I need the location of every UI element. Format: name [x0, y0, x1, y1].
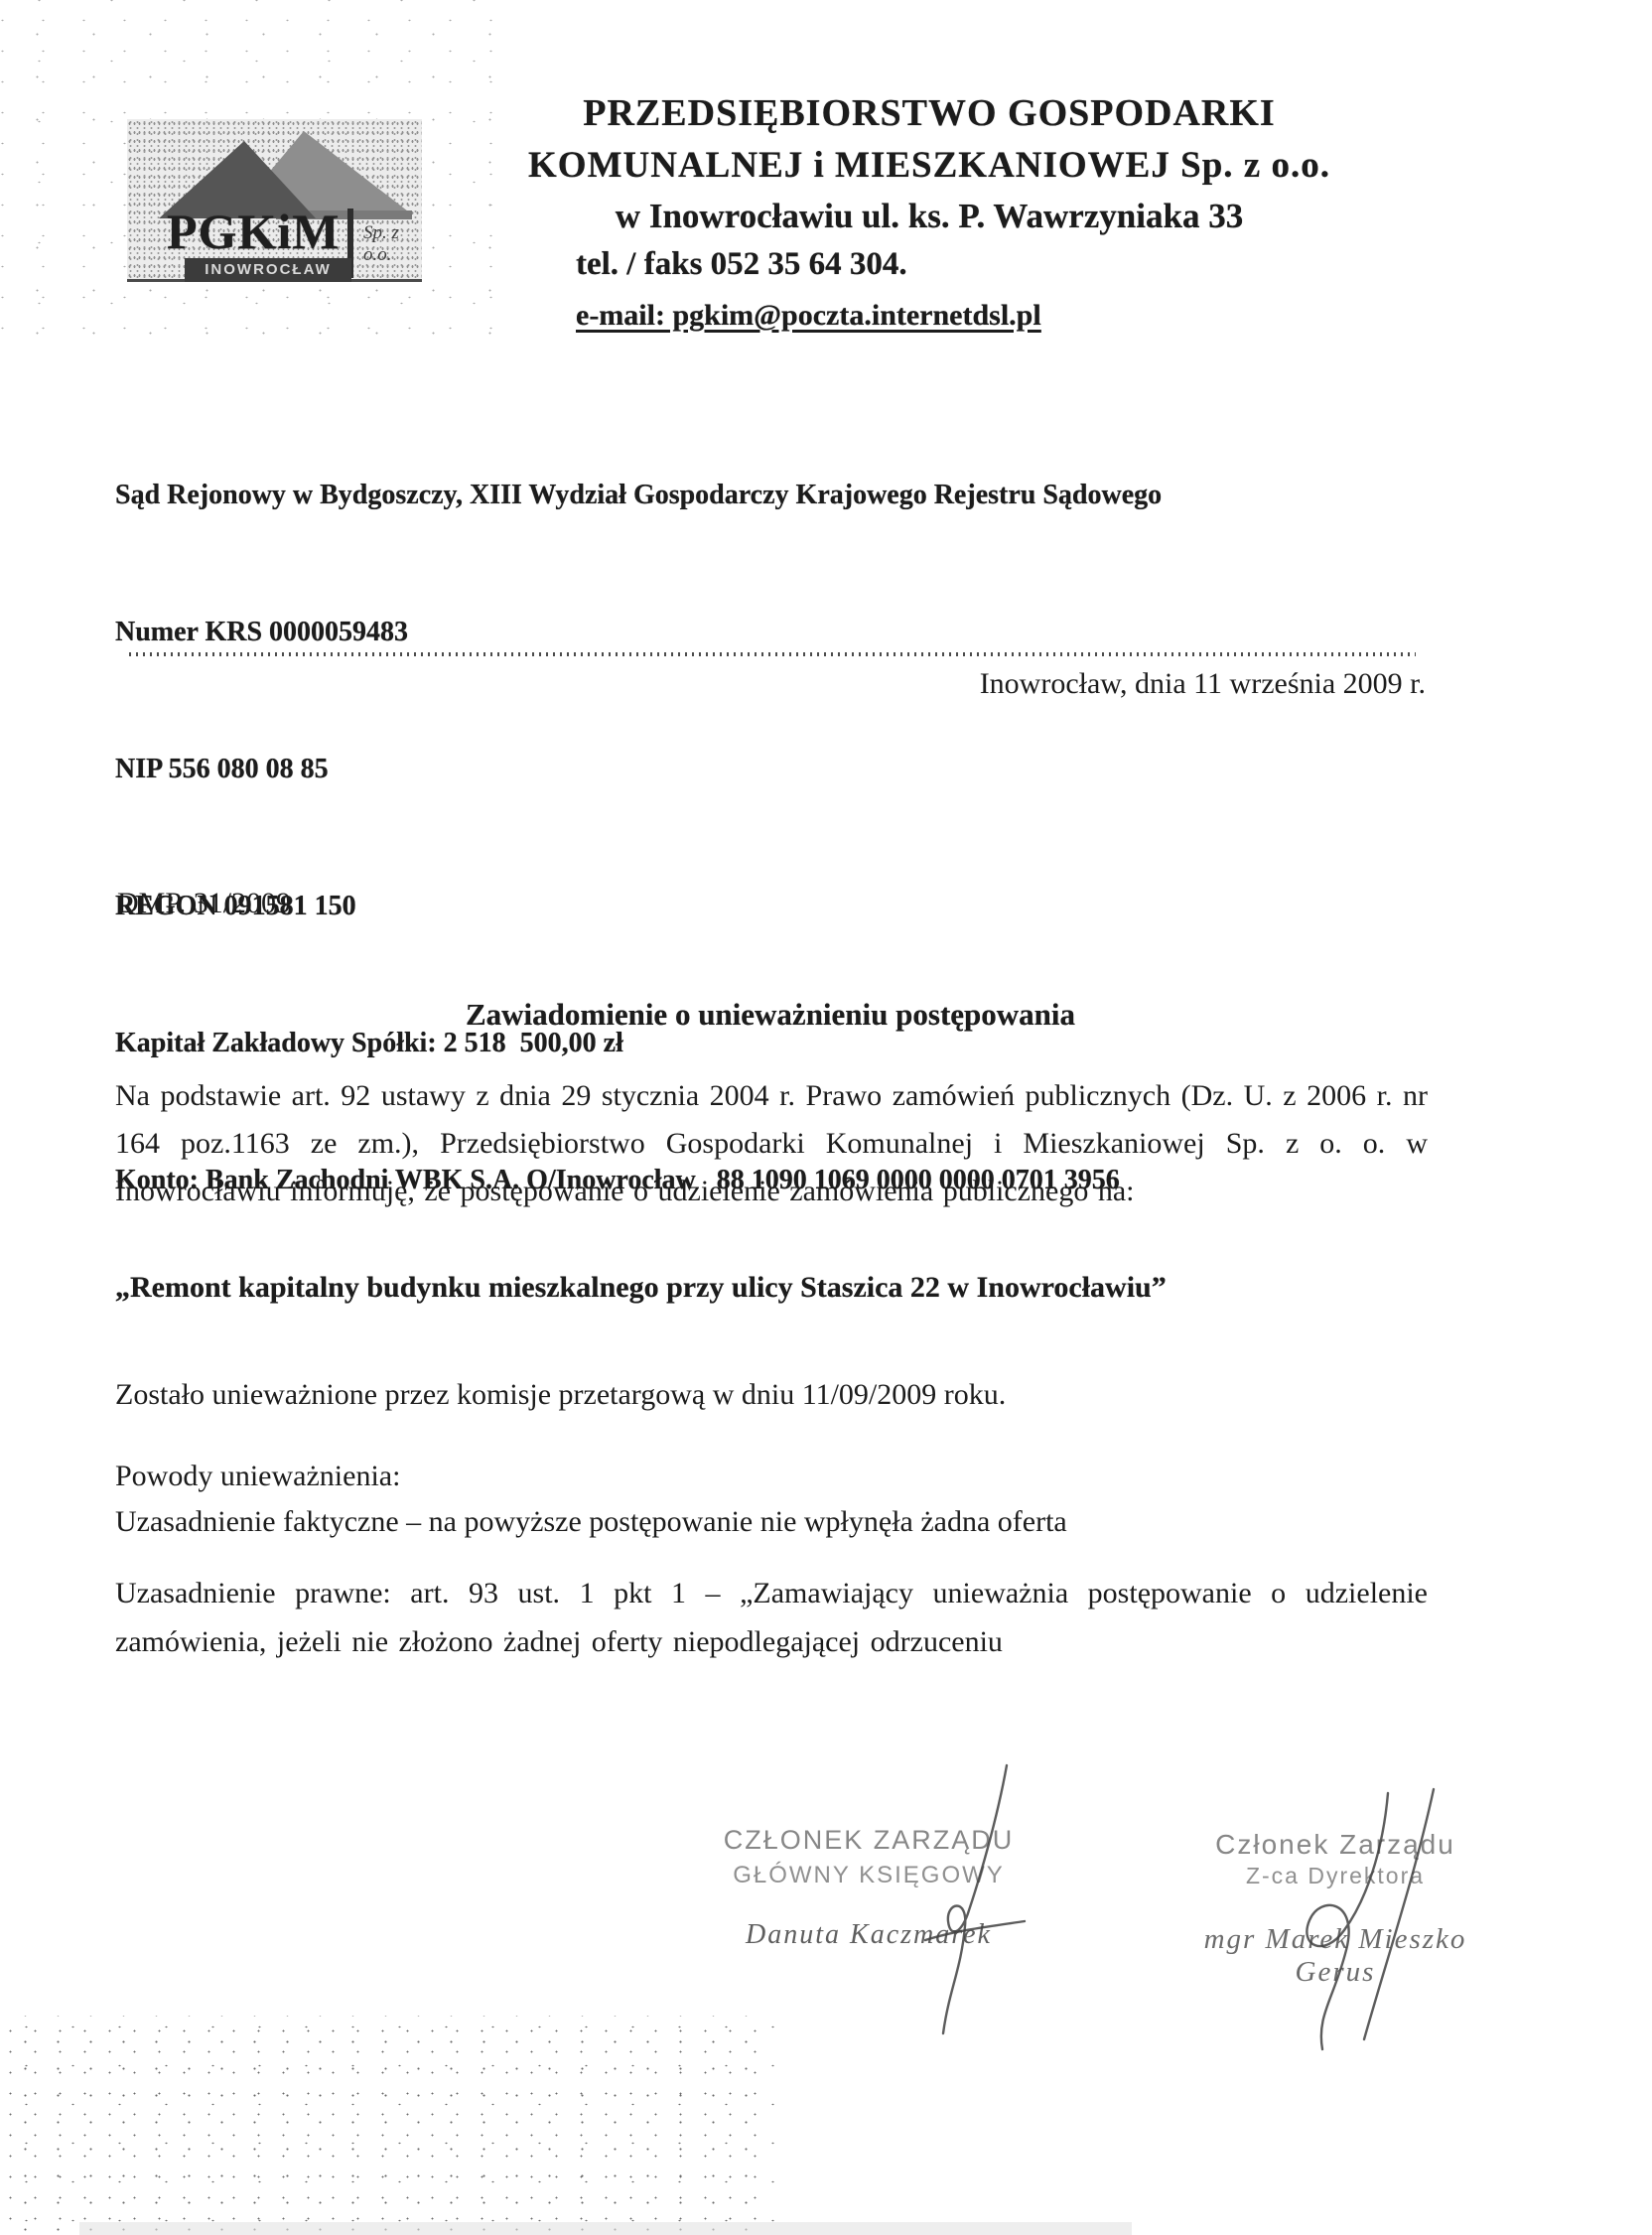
company-name-line-2: KOMUNALNEJ i MIESZKANIOWEJ Sp. z o.o. — [427, 144, 1432, 187]
scan-noise-strip — [79, 2222, 1132, 2235]
registry-regon-line: REGON 091581 150 — [115, 884, 1505, 929]
dotted-separator — [129, 652, 1416, 656]
signatory-role-line: Z-ca Dyrektora — [1164, 1863, 1507, 1889]
intro-paragraph: Na podstawie art. 92 ustawy z dnia 29 st… — [115, 1072, 1428, 1215]
scanned-letter-page: PGKiM INOWROCŁAW Sp. z o.o. PRZEDSIĘBIOR… — [0, 0, 1652, 2235]
registry-krs-line: Numer KRS 0000059483 — [115, 610, 1505, 655]
registry-court-line: Sąd Rejonowy w Bydgoszczy, XIII Wydział … — [115, 473, 1505, 518]
signatory-role-line: CZŁONEK ZARZĄDU — [695, 1825, 1042, 1856]
tel-fax-line: tel. / faks 052 35 64 304. — [427, 246, 1432, 283]
subject-line: „Remont kapitalny budynku mieszkalnego p… — [115, 1271, 1428, 1305]
signature-block-left: CZŁONEK ZARZĄDU GŁÓWNY KSIĘGOWY Danuta K… — [695, 1825, 1042, 1951]
dateline: Inowrocław, dnia 11 września 2009 r. — [115, 667, 1426, 701]
logo-acronym: PGKiM — [167, 203, 340, 260]
signatory-name: mgr Marek Mieszko Gerus — [1164, 1923, 1507, 1989]
logo-city-band: INOWROCŁAW — [185, 258, 351, 282]
registry-nip-line: NIP 556 080 08 85 — [115, 747, 1505, 792]
company-address-line: w Inowrocławiu ul. ks. P. Wawrzyniaka 33 — [427, 197, 1432, 236]
reference-number: DMP. 31/2009 — [117, 887, 291, 920]
document-title: Zawiadomienie o unieważnieniu postępowan… — [115, 997, 1426, 1033]
company-logo: PGKiM INOWROCŁAW Sp. z o.o. — [127, 119, 422, 282]
signatory-name: Danuta Kaczmarek — [695, 1919, 1042, 1951]
signatory-role-line: Członek Zarządu — [1164, 1829, 1507, 1861]
annulment-paragraph: Zostało unieważnione przez komisje przet… — [115, 1378, 1428, 1412]
signature-block-right: Członek Zarządu Z-ca Dyrektora mgr Marek… — [1164, 1829, 1507, 1989]
letterhead-text: PRZEDSIĘBIORSTWO GOSPODARKI KOMUNALNEJ i… — [427, 91, 1432, 333]
signatory-role-line: GŁÓWNY KSIĘGOWY — [695, 1862, 1042, 1889]
reasons-heading: Powody unieważnienia: — [115, 1460, 1428, 1493]
email-line: e-mail: pgkim@poczta.internetdsl.pl — [427, 299, 1432, 333]
factual-reason: Uzasadnienie faktyczne – na powyższe pos… — [115, 1505, 1428, 1539]
scan-noise-bottom — [0, 2016, 774, 2235]
logo-company-suffix: Sp. z o.o. — [363, 222, 422, 266]
legal-reason: Uzasadnienie prawne: art. 93 ust. 1 pkt … — [115, 1569, 1428, 1666]
company-name-line-1: PRZEDSIĘBIORSTWO GOSPODARKI — [427, 91, 1432, 135]
